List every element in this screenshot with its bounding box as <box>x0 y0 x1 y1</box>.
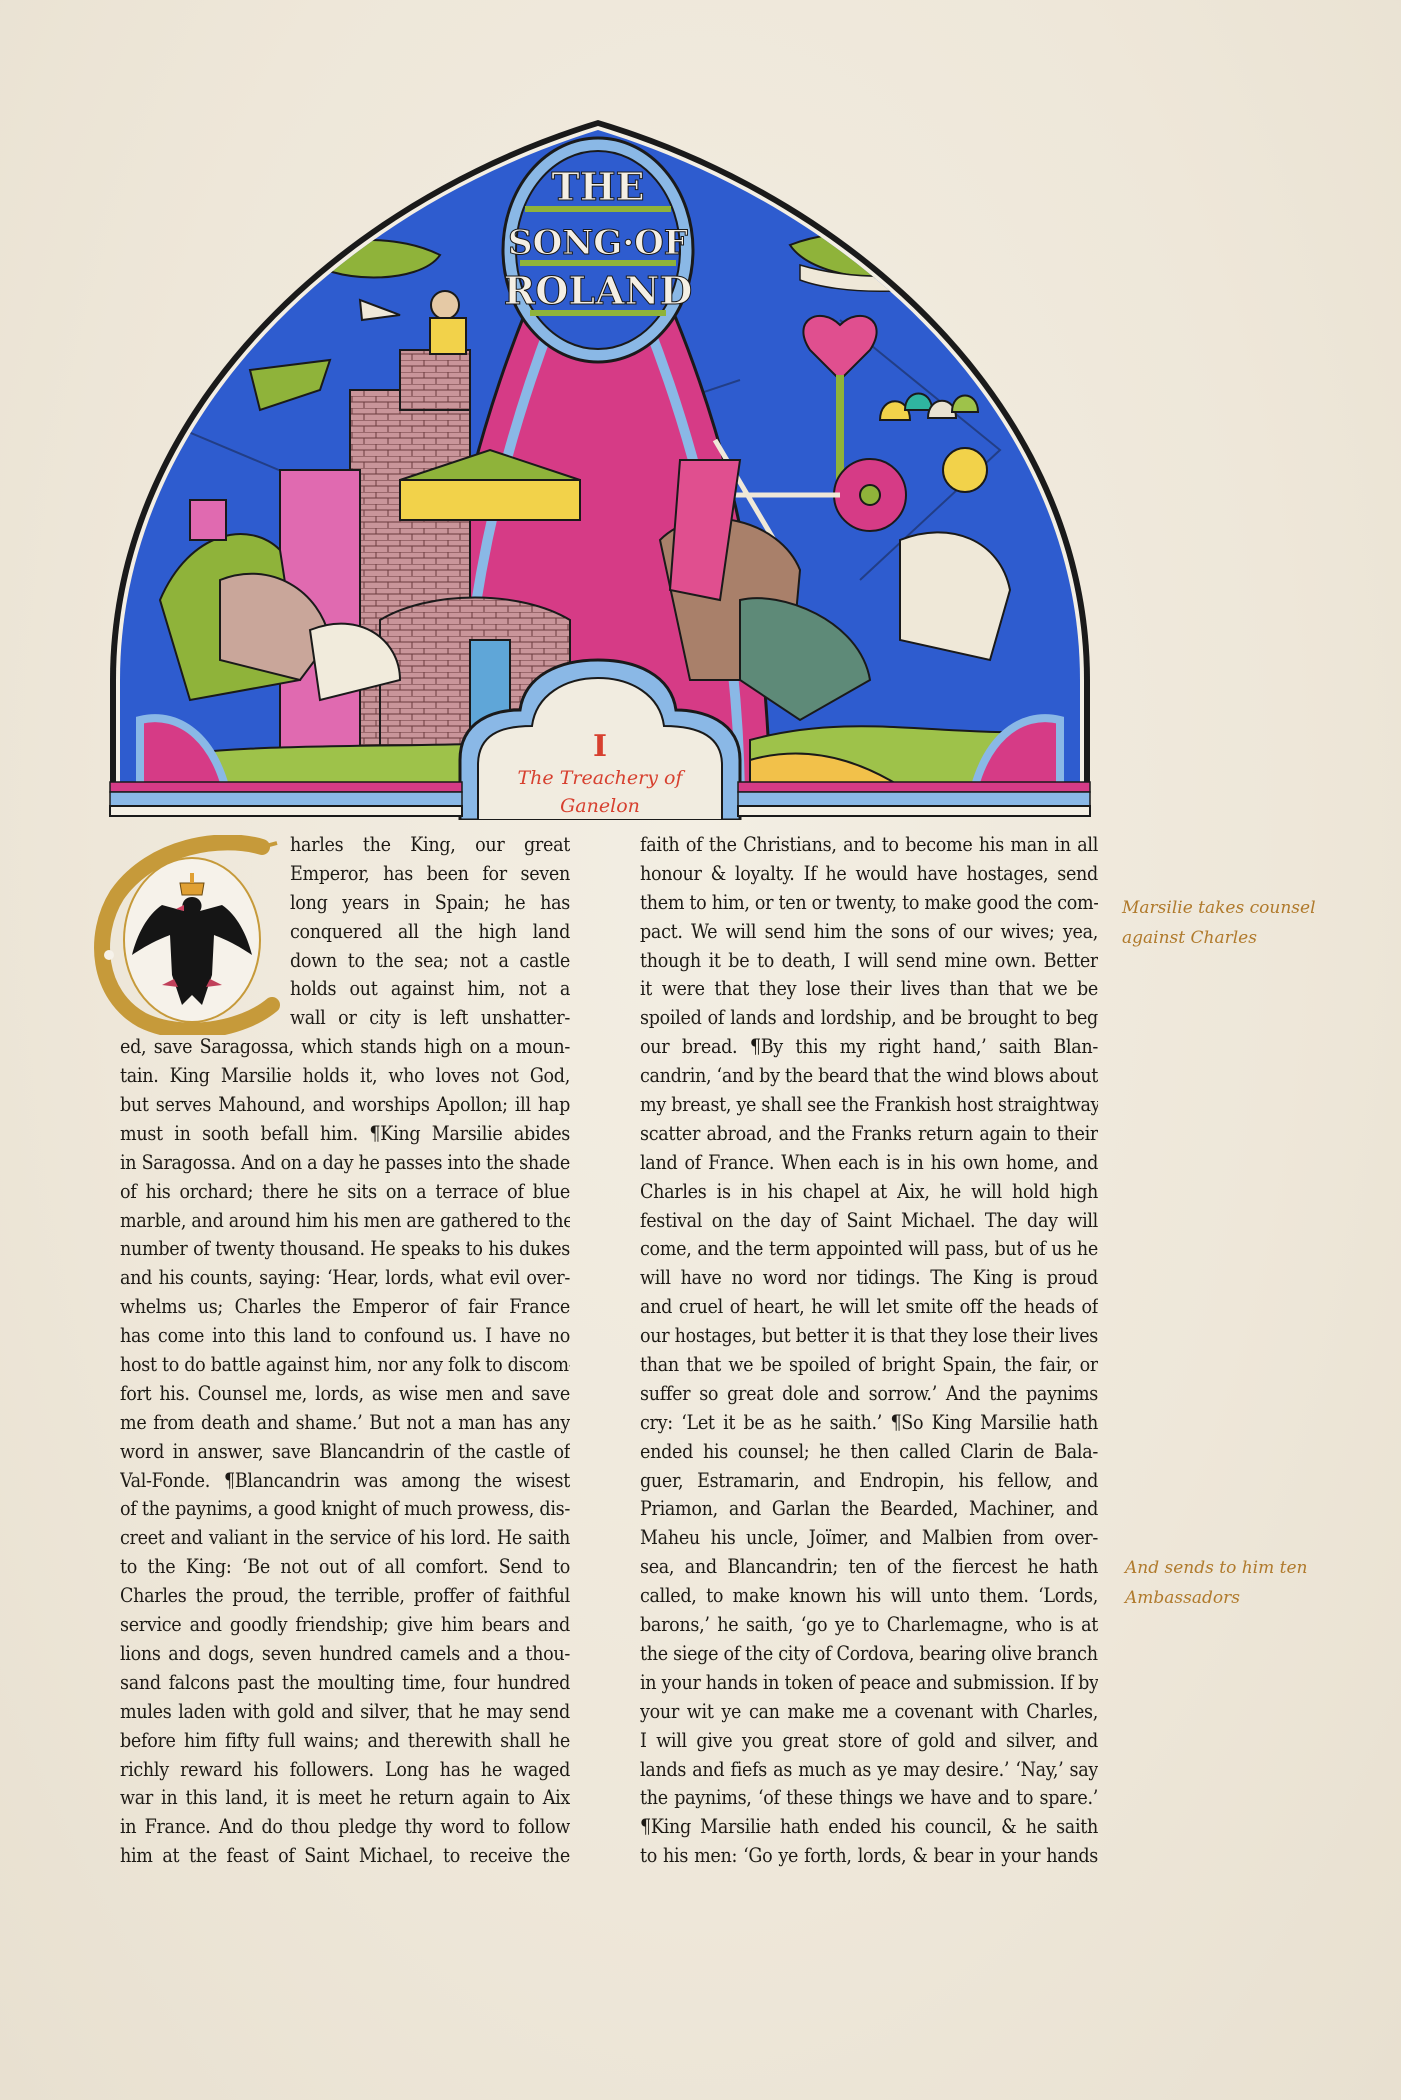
text-line: come, and the term appointed will pass, … <box>640 1235 1098 1264</box>
text-line: but serves Mahound, and worships Apollon… <box>120 1091 570 1120</box>
text-line: I will give you great store of gold and … <box>640 1727 1098 1756</box>
text-line: has come into this land to confound us. … <box>120 1322 570 1351</box>
text-line: candrin, ‘and by the beard that the wind… <box>640 1062 1098 1091</box>
text-line: Charles is in his chapel at Aix, he will… <box>640 1178 1098 1207</box>
text-line: before him fifty full wains; and therewi… <box>120 1727 570 1756</box>
text-line: of the paynims, a good knight of much pr… <box>120 1495 570 1524</box>
text-line: though it be to death, I will send mine … <box>640 947 1098 976</box>
text-line: them to him, or ten or twenty, to make g… <box>640 889 1098 918</box>
side-note-line: against Charles <box>1122 923 1316 953</box>
side-note-line: Ambassadors <box>1125 1583 1307 1613</box>
chapter-title-line-1: The Treachery of <box>480 764 720 792</box>
text-line: must in sooth befall him. ¶King Marsilie… <box>120 1120 570 1149</box>
side-note-line: Marsilie takes counsel <box>1122 893 1316 923</box>
text-line: than that we be spoiled of bright Spain,… <box>640 1351 1098 1380</box>
text-line: Priamon, and Garlan the Bearded, Machine… <box>640 1495 1098 1524</box>
text-line: in your hands in token of peace and subm… <box>640 1669 1098 1698</box>
text-line: creet and valiant in the service of his … <box>120 1524 570 1553</box>
text-line: your wit ye can make me a covenant with … <box>640 1698 1098 1727</box>
text-line: Charles the proud, the terrible, proffer… <box>120 1582 570 1611</box>
text-line: my breast, ye shall see the Frankish hos… <box>640 1091 1098 1120</box>
text-line: him at the feast of Saint Michael, to re… <box>120 1842 570 1871</box>
text-line: conquered all the high land <box>290 918 570 947</box>
text-line: barons,’ he saith, ‘go ye to Charlemagne… <box>640 1611 1098 1640</box>
stained-glass-window-illustration: THE SONG·OF ROLAND <box>100 120 1100 820</box>
text-line: host to do battle against him, nor any f… <box>120 1351 570 1380</box>
side-note-line: And sends to him ten <box>1125 1553 1307 1583</box>
text-line: whelms us; Charles the Emperor of fair F… <box>120 1293 570 1322</box>
text-line: it were that they lose their lives than … <box>640 975 1098 1004</box>
text-line: lands and fiefs as much as ye may desire… <box>640 1756 1098 1785</box>
text-line: ed, save Saragossa, which stands high on… <box>120 1033 570 1062</box>
svg-text:SONG·OF: SONG·OF <box>508 223 688 263</box>
text-line: our bread. ¶By this my right hand,’ sait… <box>640 1033 1098 1062</box>
text-line: Maheu his uncle, Joïmer, and Malbien fro… <box>640 1524 1098 1553</box>
text-line: Emperor, has been for seven <box>290 860 570 889</box>
text-line: pact. We will send him the sons of our w… <box>640 918 1098 947</box>
text-line: the siege of the city of Cordova, bearin… <box>640 1640 1098 1669</box>
chapter-number: I <box>480 730 720 764</box>
text-line: guer, Estramarin, and Endropin, his fell… <box>640 1467 1098 1496</box>
text-line: lions and dogs, seven hundred camels and… <box>120 1640 570 1669</box>
text-line: wall or city is left unshatter- <box>290 1004 570 1033</box>
text-column-right: faith of the Christians, and to become h… <box>640 831 1098 1871</box>
title-roundel: THE SONG·OF ROLAND <box>503 138 693 362</box>
text-column-left: harles the King, our great Emperor, has … <box>120 831 570 1871</box>
text-line: in Saragossa. And on a day he passes int… <box>120 1149 570 1178</box>
text-line: and his counts, saying: ‘Hear, lords, wh… <box>120 1264 570 1293</box>
svg-text:THE: THE <box>551 164 644 209</box>
text-line: will have no word nor tidings. The King … <box>640 1264 1098 1293</box>
text-line: me from death and shame.’ But not a man … <box>120 1409 570 1438</box>
svg-text:ROLAND: ROLAND <box>504 268 693 313</box>
text-line: and cruel of heart, he will let smite of… <box>640 1293 1098 1322</box>
chapter-heading: I The Treachery of Ganelon <box>480 730 720 820</box>
text-line: festival on the day of Saint Michael. Th… <box>640 1207 1098 1236</box>
text-line: holds out against him, not a <box>290 975 570 1004</box>
text-line: to the King: ‘Be not out of all comfort.… <box>120 1553 570 1582</box>
text-line: in France. And do thou pledge thy word t… <box>120 1813 570 1842</box>
text-line: faith of the Christians, and to become h… <box>640 831 1098 860</box>
text-line: service and goodly friendship; give him … <box>120 1611 570 1640</box>
text-line: the paynims, ‘of these things we have an… <box>640 1784 1098 1813</box>
text-line: fort his. Counsel me, lords, as wise men… <box>120 1380 570 1409</box>
text-line: cry: ‘Let it be as he saith.’ ¶So King M… <box>640 1409 1098 1438</box>
text-line: ¶King Marsilie hath ended his council, &… <box>640 1813 1098 1842</box>
text-line: harles the King, our great <box>290 831 570 860</box>
text-line: Val-Fonde. ¶Blancandrin was among the wi… <box>120 1467 570 1496</box>
text-line: suffer so great dole and sorrow.’ And th… <box>640 1380 1098 1409</box>
text-line: scatter abroad, and the Franks return ag… <box>640 1120 1098 1149</box>
text-line: richly reward his followers. Long has he… <box>120 1756 570 1785</box>
text-line: to his men: ‘Go ye forth, lords, & bear … <box>640 1842 1098 1871</box>
text-line: mules laden with gold and silver, that h… <box>120 1698 570 1727</box>
text-line: war in this land, it is meet he return a… <box>120 1784 570 1813</box>
text-line: ended his counsel; he then called Clarin… <box>640 1438 1098 1467</box>
text-line: marble, and around him his men are gathe… <box>120 1207 570 1236</box>
text-line: of his orchard; there he sits on a terra… <box>120 1178 570 1207</box>
text-line: sea, and Blancandrin; ten of the fierces… <box>640 1553 1098 1582</box>
text-line: down to the sea; not a castle <box>290 947 570 976</box>
side-note-1: Marsilie takes counsel against Charles <box>1122 893 1316 953</box>
text-line: word in answer, save Blancandrin of the … <box>120 1438 570 1467</box>
text-line: number of twenty thousand. He speaks to … <box>120 1235 570 1264</box>
text-line: spoiled of lands and lordship, and be br… <box>640 1004 1098 1033</box>
text-line: tain. King Marsilie holds it, who loves … <box>120 1062 570 1091</box>
side-note-2: And sends to him ten Ambassadors <box>1125 1553 1307 1613</box>
text-line: land of France. When each is in his own … <box>640 1149 1098 1178</box>
text-line: sand falcons past the moulting time, fou… <box>120 1669 570 1698</box>
text-line: our hostages, but better it is that they… <box>640 1322 1098 1351</box>
text-line: honour & loyalty. If he would have hosta… <box>640 860 1098 889</box>
chapter-title-line-2: Ganelon <box>480 792 720 820</box>
text-line: called, to make known his will unto them… <box>640 1582 1098 1611</box>
text-line: long years in Spain; he has <box>290 889 570 918</box>
